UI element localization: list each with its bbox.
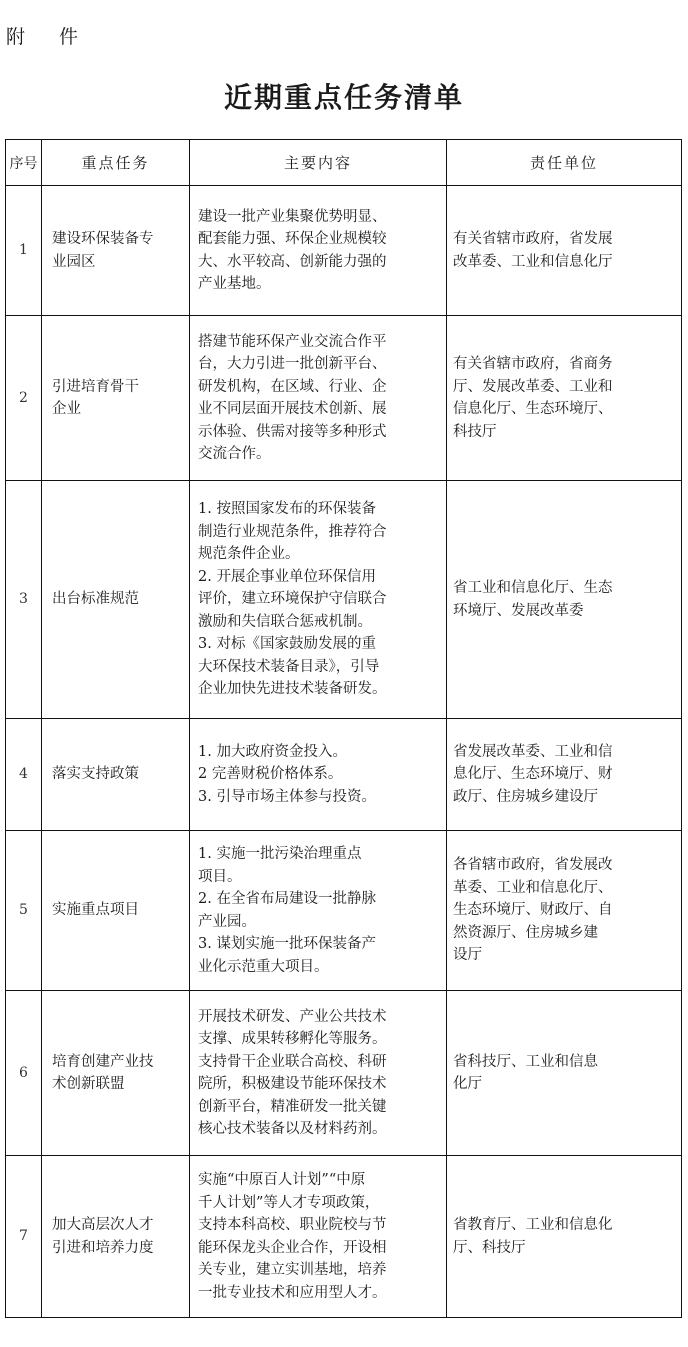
main-content-line: 评价，建立环境保护守信联合 (198, 588, 440, 611)
main-content-line: 搭建节能环保产业交流合作平 (198, 331, 440, 354)
main-content-line: 一批专业技术和应用型人才。 (198, 1282, 440, 1305)
main-content: 1. 实施一批污染治理重点项目。2. 在全省布局建设一批静脉产业园。3. 谋划实… (190, 831, 447, 991)
main-content: 搭建节能环保产业交流合作平台，大力引进一批创新平台、研发机构，在区域、行业、企业… (190, 316, 447, 481)
main-content: 实施“中原百人计划”“中原千人计划”等人才专项政策，支持本科高校、职业院校与节能… (190, 1156, 447, 1318)
key-task-line: 术创新联盟 (52, 1073, 183, 1096)
main-content-line: 开展技术研发、产业公共技术 (198, 1006, 440, 1029)
key-task-line: 建设环保装备专 (52, 228, 183, 251)
main-content-line: 示体验、供需对接等多种形式 (198, 421, 440, 444)
row-number: 6 (6, 991, 42, 1156)
key-task: 实施重点项目 (42, 831, 190, 991)
main-content-line: 2 完善财税价格体系。 (198, 763, 440, 786)
main-content-line: 2. 开展企事业单位环保信用 (198, 566, 440, 589)
key-task-line: 业园区 (52, 251, 183, 274)
responsible-unit-line: 息化厅、生态环境厅、财 (453, 763, 675, 786)
key-task-line: 实施重点项目 (52, 899, 183, 922)
main-content-line: 建设一批产业集聚优势明显、 (198, 206, 440, 229)
responsible-unit-line: 厅、发展改革委、工业和 (453, 376, 675, 399)
main-content-line: 支撑、成果转移孵化等服务。 (198, 1028, 440, 1051)
main-content-line: 实施“中原百人计划”“中原 (198, 1169, 440, 1192)
main-content-line: 产业基地。 (198, 273, 440, 296)
main-content-line: 产业园。 (198, 911, 440, 934)
responsible-unit-line: 环境厅、发展改革委 (453, 600, 675, 623)
responsible-unit-line: 政厅、住房城乡建设厅 (453, 786, 675, 809)
main-content-line: 业不同层面开展技术创新、展 (198, 398, 440, 421)
main-content: 建设一批产业集聚优势明显、配套能力强、环保企业规模较大、水平较高、创新能力强的产… (190, 186, 447, 316)
key-task: 落实支持政策 (42, 719, 190, 831)
responsible-unit-line: 化厅 (453, 1073, 675, 1096)
main-content-line: 院所，积极建设节能环保技术 (198, 1073, 440, 1096)
header-task: 重点任务 (42, 140, 190, 186)
responsible-unit-line: 省发展改革委、工业和信 (453, 741, 675, 764)
responsible-unit-line: 科技厅 (453, 421, 675, 444)
main-content-line: 制造行业规范条件，推荐符合 (198, 521, 440, 544)
responsible-unit-line: 革委、工业和信息化厅、 (453, 877, 675, 900)
responsible-unit-line: 信息化厅、生态环境厅、 (453, 398, 675, 421)
main-content-line: 支持骨干企业联合高校、科研 (198, 1051, 440, 1074)
key-task-line: 出台标准规范 (52, 588, 183, 611)
responsible-unit: 省教育厅、工业和信息化厅、科技厅 (447, 1156, 682, 1318)
row-number: 3 (6, 481, 42, 719)
main-content-line: 3. 引导市场主体参与投资。 (198, 786, 440, 809)
task-table: 序号 重点任务 主要内容 责任单位 1建设环保装备专业园区建设一批产业集聚优势明… (5, 139, 682, 1318)
key-task: 加大高层次人才引进和培养力度 (42, 1156, 190, 1318)
key-task: 引进培育骨干企业 (42, 316, 190, 481)
key-task-line: 加大高层次人才 (52, 1214, 183, 1237)
main-content-line: 台，大力引进一批创新平台、 (198, 353, 440, 376)
key-task: 建设环保装备专业园区 (42, 186, 190, 316)
main-content: 1. 按照国家发布的环保装备制造行业规范条件，推荐符合规范条件企业。2. 开展企… (190, 481, 447, 719)
responsible-unit-line: 然资源厅、住房城乡建 (453, 922, 675, 945)
header-seq: 序号 (6, 140, 42, 186)
table-row: 2引进培育骨干企业搭建节能环保产业交流合作平台，大力引进一批创新平台、研发机构，… (6, 316, 682, 481)
responsible-unit-line: 有关省辖市政府，省发展 (453, 228, 675, 251)
key-task-line: 培育创建产业技 (52, 1051, 183, 1074)
main-content-line: 支持本科高校、职业院校与节 (198, 1214, 440, 1237)
main-content-line: 研发机构，在区域、行业、企 (198, 376, 440, 399)
responsible-unit: 有关省辖市政府，省商务厅、发展改革委、工业和信息化厅、生态环境厅、科技厅 (447, 316, 682, 481)
main-content-line: 千人计划”等人才专项政策， (198, 1192, 440, 1215)
table-row: 1建设环保装备专业园区建设一批产业集聚优势明显、配套能力强、环保企业规模较大、水… (6, 186, 682, 316)
main-content-line: 大环保技术装备目录》，引导 (198, 656, 440, 679)
document-title: 近期重点任务清单 (0, 76, 688, 116)
main-content-line: 创新平台，精准研发一批关键 (198, 1096, 440, 1119)
attachment-label: 附 件 (6, 22, 92, 49)
main-content-line: 1. 加大政府资金投入。 (198, 741, 440, 764)
table-row: 5实施重点项目1. 实施一批污染治理重点项目。2. 在全省布局建设一批静脉产业园… (6, 831, 682, 991)
responsible-unit-line: 省工业和信息化厅、生态 (453, 577, 675, 600)
table-header-row: 序号 重点任务 主要内容 责任单位 (6, 140, 682, 186)
main-content-line: 1. 实施一批污染治理重点 (198, 843, 440, 866)
row-number: 2 (6, 316, 42, 481)
key-task-line: 落实支持政策 (52, 763, 183, 786)
main-content: 开展技术研发、产业公共技术支撑、成果转移孵化等服务。支持骨干企业联合高校、科研院… (190, 991, 447, 1156)
main-content-line: 核心技术装备以及材料药剂。 (198, 1118, 440, 1141)
header-content: 主要内容 (190, 140, 447, 186)
row-number: 5 (6, 831, 42, 991)
main-content-line: 1. 按照国家发布的环保装备 (198, 498, 440, 521)
responsible-unit-line: 改革委、工业和信息化厅 (453, 251, 675, 274)
key-task-line: 引进和培养力度 (52, 1237, 183, 1260)
row-number: 4 (6, 719, 42, 831)
main-content-line: 3. 谋划实施一批环保装备产 (198, 933, 440, 956)
responsible-unit-line: 有关省辖市政府，省商务 (453, 353, 675, 376)
main-content-line: 能环保龙头企业合作，开设相 (198, 1237, 440, 1260)
main-content-line: 企业加快先进技术装备研发。 (198, 678, 440, 701)
responsible-unit: 有关省辖市政府，省发展改革委、工业和信息化厅 (447, 186, 682, 316)
responsible-unit: 省工业和信息化厅、生态环境厅、发展改革委 (447, 481, 682, 719)
responsible-unit-line: 各省辖市政府，省发展改 (453, 854, 675, 877)
responsible-unit: 各省辖市政府，省发展改革委、工业和信息化厅、生态环境厅、财政厅、自然资源厅、住房… (447, 831, 682, 991)
main-content-line: 业化示范重大项目。 (198, 956, 440, 979)
table-row: 3出台标准规范1. 按照国家发布的环保装备制造行业规范条件，推荐符合规范条件企业… (6, 481, 682, 719)
main-content-line: 配套能力强、环保企业规模较 (198, 228, 440, 251)
key-task: 出台标准规范 (42, 481, 190, 719)
header-unit: 责任单位 (447, 140, 682, 186)
responsible-unit-line: 设厅 (453, 944, 675, 967)
table-row: 4落实支持政策1. 加大政府资金投入。2 完善财税价格体系。3. 引导市场主体参… (6, 719, 682, 831)
responsible-unit-line: 生态环境厅、财政厅、自 (453, 899, 675, 922)
table-row: 7加大高层次人才引进和培养力度实施“中原百人计划”“中原千人计划”等人才专项政策… (6, 1156, 682, 1318)
table-row: 6培育创建产业技术创新联盟开展技术研发、产业公共技术支撑、成果转移孵化等服务。支… (6, 991, 682, 1156)
key-task-line: 企业 (52, 398, 183, 421)
key-task: 培育创建产业技术创新联盟 (42, 991, 190, 1156)
main-content-line: 3. 对标《国家鼓励发展的重 (198, 633, 440, 656)
row-number: 7 (6, 1156, 42, 1318)
responsible-unit-line: 厅、科技厅 (453, 1237, 675, 1260)
main-content-line: 规范条件企业。 (198, 543, 440, 566)
key-task-line: 引进培育骨干 (52, 376, 183, 399)
responsible-unit-line: 省科技厅、工业和信息 (453, 1051, 675, 1074)
main-content-line: 激励和失信联合惩戒机制。 (198, 611, 440, 634)
main-content-line: 关专业，建立实训基地，培养 (198, 1259, 440, 1282)
responsible-unit-line: 省教育厅、工业和信息化 (453, 1214, 675, 1237)
main-content-line: 2. 在全省布局建设一批静脉 (198, 888, 440, 911)
main-content: 1. 加大政府资金投入。2 完善财税价格体系。3. 引导市场主体参与投资。 (190, 719, 447, 831)
responsible-unit: 省发展改革委、工业和信息化厅、生态环境厅、财政厅、住房城乡建设厅 (447, 719, 682, 831)
responsible-unit: 省科技厅、工业和信息化厅 (447, 991, 682, 1156)
row-number: 1 (6, 186, 42, 316)
main-content-line: 交流合作。 (198, 443, 440, 466)
main-content-line: 大、水平较高、创新能力强的 (198, 251, 440, 274)
main-content-line: 项目。 (198, 866, 440, 889)
